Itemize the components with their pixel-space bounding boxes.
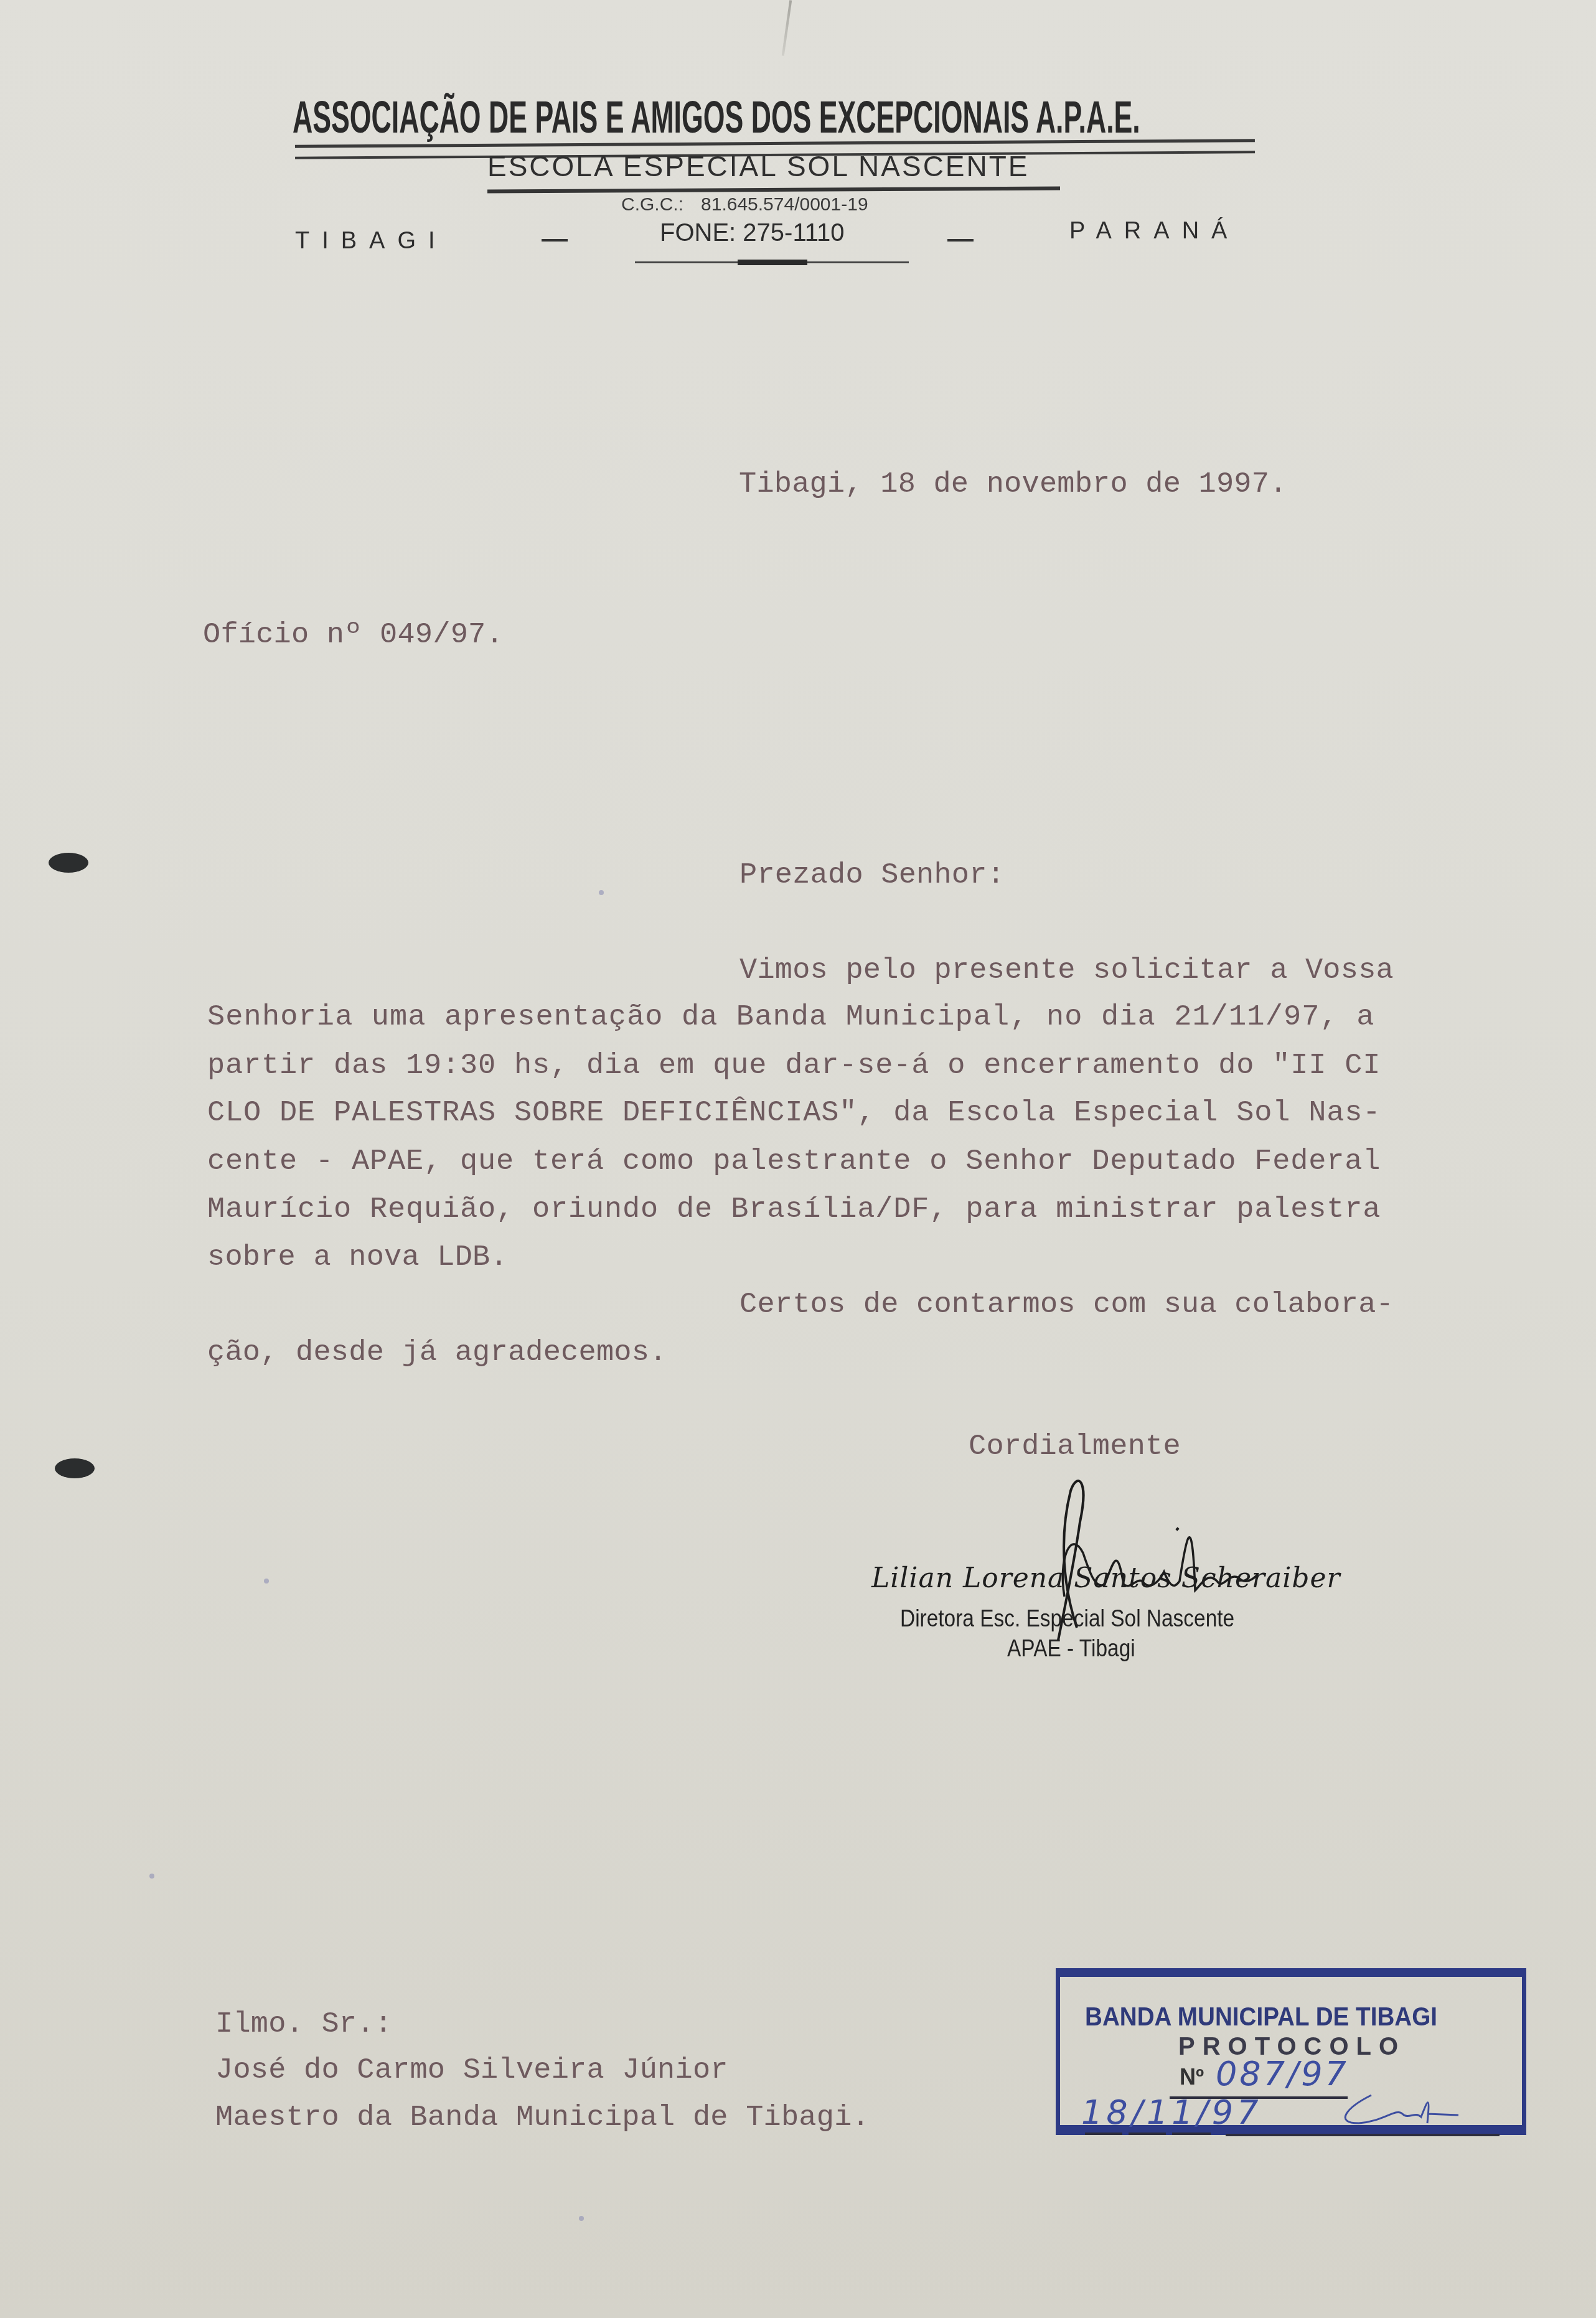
letterhead-organization: ASSOCIAÇÃO DE PAIS E AMIGOS DOS EXCEPCIO… <box>293 92 1257 143</box>
punch-hole-bottom <box>55 1458 95 1478</box>
letterhead-state: PARANÁ <box>1069 218 1239 245</box>
recipient-role: Maestro da Banda Municipal de Tibagi. <box>215 2101 870 2134</box>
cgc-number: 81.645.574/0001-19 <box>701 194 868 215</box>
stamp-number-value: 087/97 <box>1216 2054 1349 2093</box>
paragraph1-line: partir das 19:30 hs, dia em que dar-se-á… <box>207 1049 1381 1082</box>
paragraph2-line: ção, desde já agradecemos. <box>207 1336 667 1369</box>
stamp-number-label: Nº <box>1180 2064 1204 2090</box>
letterhead-cgc: C.G.C.:81.645.574/0001-19 <box>621 194 868 215</box>
place-date: Tibagi, 18 de novembro de 1997. <box>739 468 1287 501</box>
closing: Cordialmente <box>969 1430 1181 1463</box>
stamp-month-line <box>1129 2133 1166 2135</box>
paragraph1-line: sobre a nova LDB. <box>207 1241 508 1274</box>
stamp-institution: BANDA MUNICIPAL DE TIBAGI <box>1085 2002 1437 2032</box>
ink-speck <box>264 1579 269 1584</box>
signatory-title: Diretora Esc. Especial Sol Nascente <box>900 1606 1234 1633</box>
paragraph2-line: Certos de contarmos com sua colabora- <box>739 1288 1394 1321</box>
paragraph1-line: CLO DE PALESTRAS SOBRE DEFICIÊNCIAS", da… <box>207 1097 1381 1130</box>
recipient-salutation: Ilmo. Sr.: <box>215 2008 392 2041</box>
letterhead-dash-left <box>542 239 568 242</box>
letterhead-phone-rule-accent <box>738 260 807 265</box>
letterhead-city: TIBAGI <box>295 228 448 255</box>
paragraph1-line: Maurício Requião, oriundo de Brasília/DF… <box>207 1193 1381 1226</box>
recipient-name: José do Carmo Silveira Júnior <box>215 2054 728 2087</box>
paper-crease <box>782 0 792 56</box>
stamp-yr-line <box>1172 2133 1211 2135</box>
letterhead-phone: FONE: 275-1110 <box>660 219 844 247</box>
paragraph1-line: cente - APAE, que terá como palestrante … <box>207 1145 1381 1178</box>
letter-page: ASSOCIAÇÃO DE PAIS E AMIGOS DOS EXCEPCIO… <box>0 0 1596 2318</box>
protocol-stamp: BANDA MUNICIPAL DE TIBAGI PROTOCOLO Nº 0… <box>1056 1968 1526 2135</box>
stamp-day-line <box>1085 2133 1122 2135</box>
letterhead-school-rule <box>487 187 1060 194</box>
punch-hole-top <box>49 853 88 873</box>
ink-speck <box>599 890 604 895</box>
stamp-initials-signature <box>1334 2089 1458 2126</box>
salutation: Prezado Senhor: <box>739 859 1005 892</box>
ink-speck <box>149 1874 154 1879</box>
signatory-name: Lilian Lorena Santos Scheraiber <box>871 1562 1341 1594</box>
signatory-organization: APAE - Tibagi <box>1007 1636 1135 1663</box>
paragraph1-line: Vimos pelo presente solicitar a Vossa <box>739 954 1394 987</box>
stamp-date-received: 18/11/97 <box>1081 2093 1262 2132</box>
letterhead-school: ESCOLA ESPECIAL SOL NASCENTE <box>487 149 1030 183</box>
letterhead-dash-right <box>947 239 974 242</box>
cgc-label: C.G.C.: <box>621 194 683 215</box>
paragraph1-line: Senhoria uma apresentação da Banda Munic… <box>207 1001 1375 1034</box>
stamp-initials-line <box>1226 2134 1500 2136</box>
office-reference: Ofício nº 049/97. <box>203 619 504 652</box>
ink-speck <box>579 2216 584 2221</box>
